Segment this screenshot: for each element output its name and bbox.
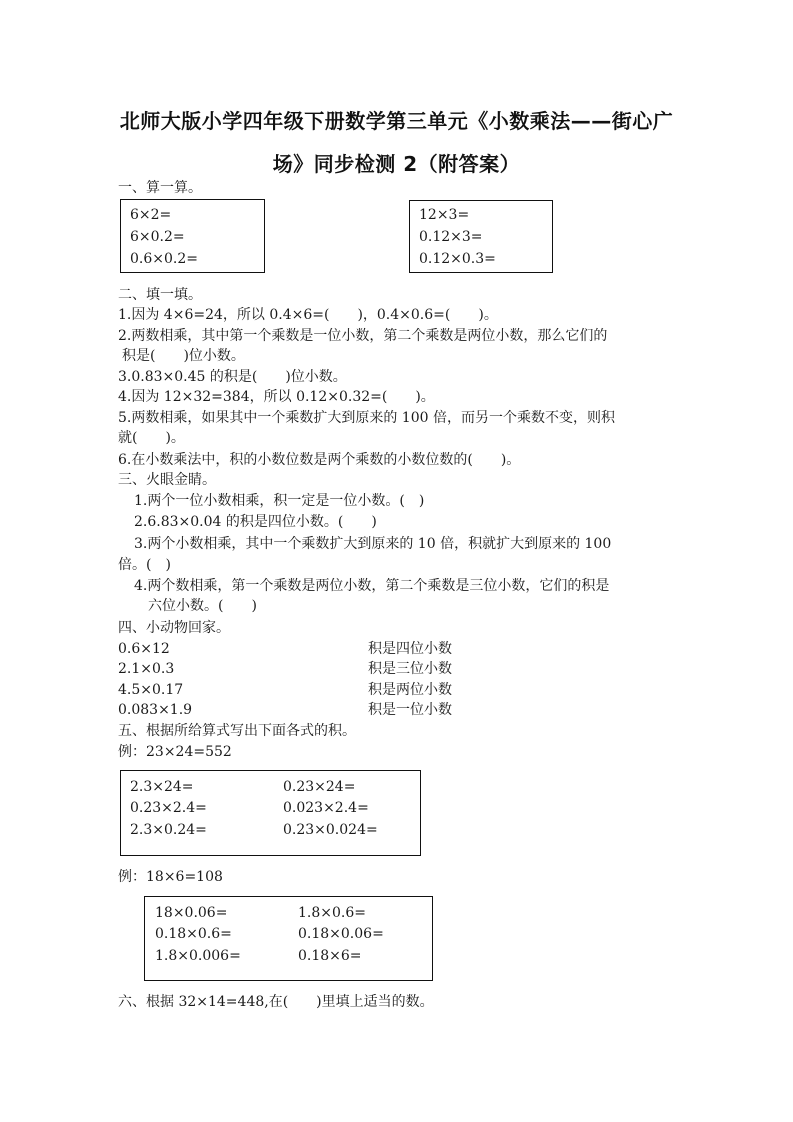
calc-item: 0.12×3= [419,227,483,247]
calc-item: 6×0.2= [130,227,185,247]
calc-item: 0.23×24= [283,777,355,797]
expression-item: 0.083×1.9 [118,700,192,720]
result-item: 积是一位小数 [368,700,452,720]
fill-item-6: 6.在小数乘法中，积的小数位数是两个乘数的小数位数的( )。 [118,450,520,470]
fill-item-2: 2.两数相乘，其中第一个乘数是一位小数，第二个乘数是两位小数，那么它们的 [118,326,607,346]
calc-item: 0.18×6= [298,946,362,966]
fill-item-1: 1.因为 4×6=24，所以 0.4×6=( )，0.4×0.6=( )。 [118,305,498,325]
judge-item-3-cont: 倍。( ) [118,555,171,575]
calc-item: 0.023×2.4= [283,798,369,818]
example-2: 例：18×6=108 [118,867,223,887]
judge-item-2: 2.6.83×0.04 的积是四位小数。( ) [134,512,377,532]
result-item: 积是四位小数 [368,639,452,659]
calc-item: 12×3= [419,205,469,225]
expression-item: 0.6×12 [118,639,170,659]
section5-box-2: 18×0.06= 0.18×0.6= 1.8×0.006= 1.8×0.6= 0… [144,896,433,981]
calc-item: 0.6×0.2= [130,249,198,269]
calc-item: 0.23×0.024= [283,820,378,840]
section5-box-1: 2.3×24= 0.23×2.4= 2.3×0.24= 0.23×24= 0.0… [120,770,421,856]
calc-item: 6×2= [130,205,171,225]
section3-heading: 三、火眼金睛。 [118,470,216,490]
calc-item: 2.3×24= [130,777,194,797]
section2-heading: 二、填一填。 [118,285,202,305]
calc-item: 2.3×0.24= [130,820,207,840]
judge-item-4: 4.两个数相乘，第一个乘数是两位小数，第二个乘数是三位小数，它们的积是 [134,576,609,596]
calc-item: 0.18×0.06= [298,924,384,944]
worksheet-page: 北师大版小学四年级下册数学第三单元《小数乘法——街心广 场》同步检测 2（附答案… [0,0,793,1122]
calc-item: 0.23×2.4= [130,798,207,818]
result-item: 积是两位小数 [368,680,452,700]
fill-item-5-cont: 就( )。 [118,428,185,448]
fill-item-3: 3.0.83×0.45 的积是( )位小数。 [118,367,347,387]
section1-heading: 一、算一算。 [118,178,202,198]
fill-item-2-cont: 积是( )位小数。 [122,346,245,366]
section1-box-right: 12×3= 0.12×3= 0.12×0.3= [409,200,553,273]
calc-item: 0.12×0.3= [419,249,496,269]
section1-box-left: 6×2= 6×0.2= 0.6×0.2= [120,199,265,273]
section4-heading: 四、小动物回家。 [118,618,230,638]
judge-item-4-cont: 六位小数。( ) [148,596,257,616]
judge-item-1: 1.两个一位小数相乘，积一定是一位小数。( ) [134,491,424,511]
document-title-line1: 北师大版小学四年级下册数学第三单元《小数乘法——街心广 [0,105,793,134]
calc-item: 1.8×0.006= [155,946,241,966]
expression-item: 4.5×0.17 [118,680,183,700]
calc-item: 1.8×0.6= [298,903,366,923]
calc-item: 0.18×0.6= [155,924,232,944]
expression-item: 2.1×0.3 [118,659,174,679]
fill-item-5: 5.两数相乘，如果其中一个乘数扩大到原来的 100 倍，而另一个乘数不变，则积 [118,408,615,428]
section6-heading: 六、根据 32×14=448,在( )里填上适当的数。 [118,992,434,1012]
example-1: 例：23×24=552 [118,742,232,762]
fill-item-4: 4.因为 12×32=384，所以 0.12×0.32=( )。 [118,387,435,407]
judge-item-3: 3.两个小数相乘，其中一个乘数扩大到原来的 10 倍，积就扩大到原来的 100 [134,534,611,554]
section5-heading: 五、根据所给算式写出下面各式的积。 [118,721,356,741]
document-title-line2: 场》同步检测 2（附答案） [0,148,793,177]
calc-item: 18×0.06= [155,903,227,923]
result-item: 积是三位小数 [368,659,452,679]
